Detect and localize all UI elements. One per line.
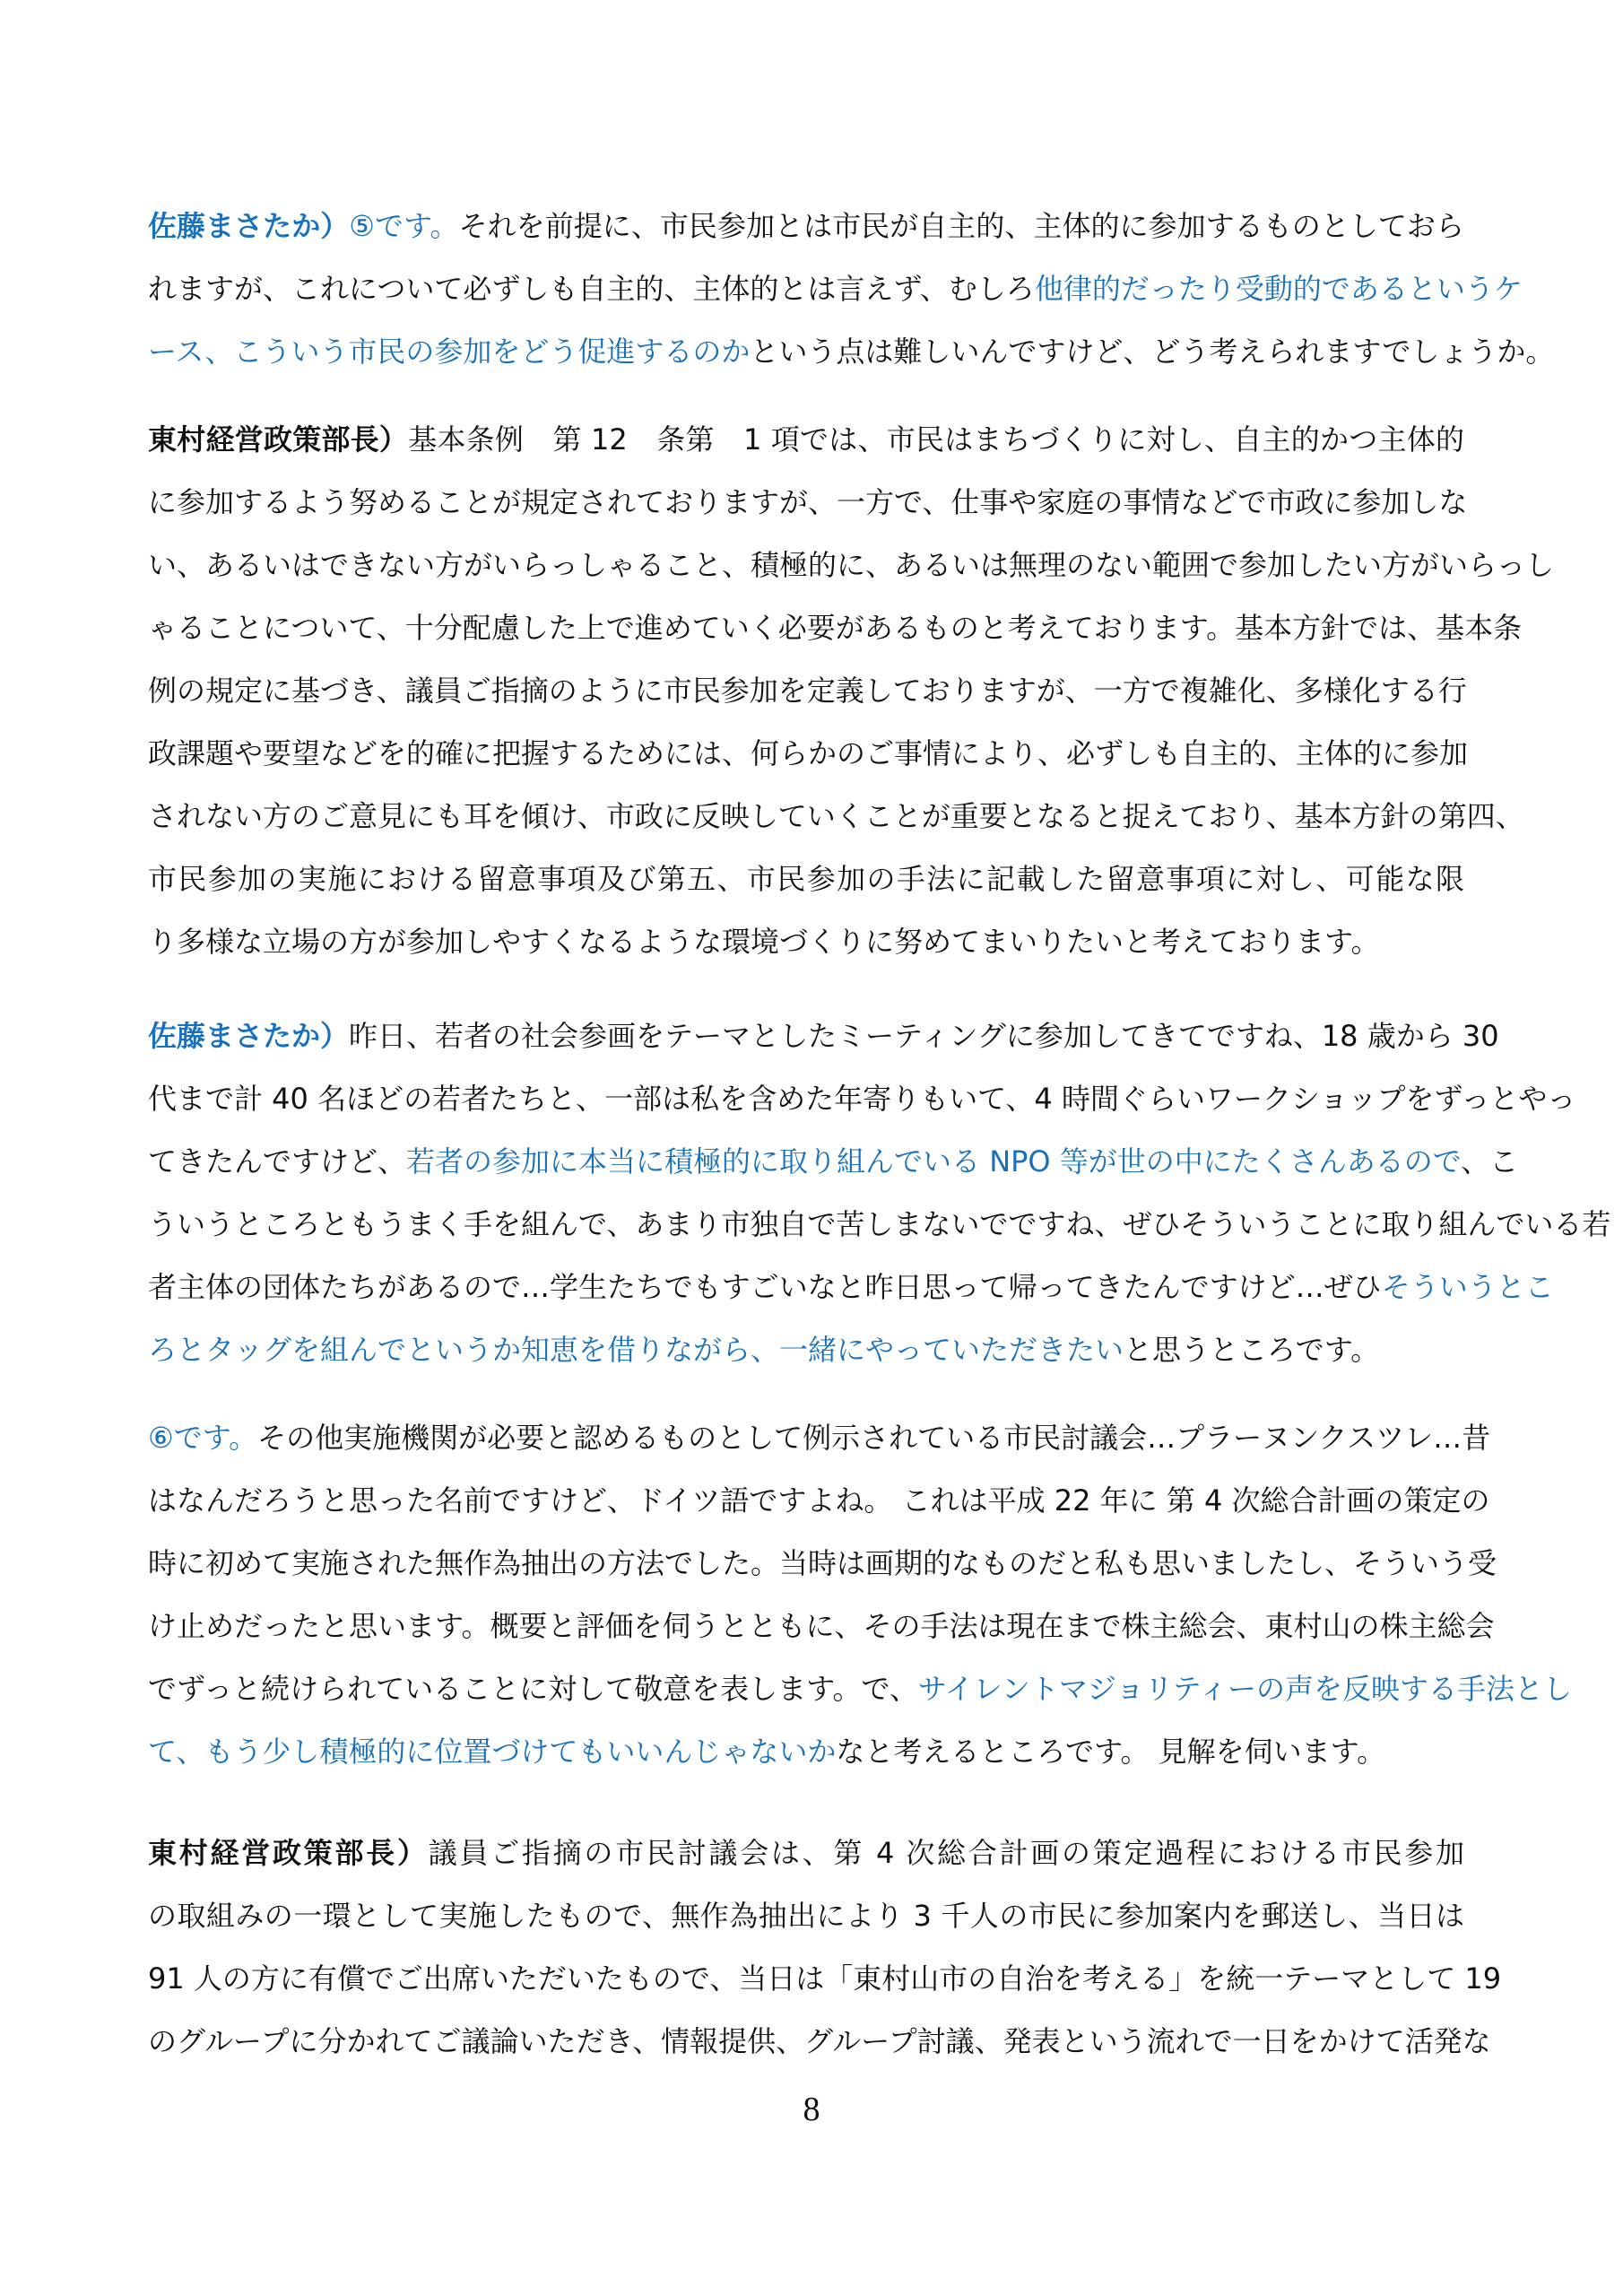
text-line: の取組みの一環として実施したもので、無作為抽出により 3 千人の市民に参加案内を… xyxy=(148,1884,1464,1947)
text-segment: 基本条例 第 12 条第 1 項では、市民はまちづくりに対し、自主的かつ主体的 xyxy=(408,422,1464,457)
highlighted-text: サイレントマジョリティーの声を反映する手法とし xyxy=(918,1672,1572,1706)
text-line: 佐藤まさたか）⑤です。それを前提に、市民参加とは市民が自主的、主体的に参加するも… xyxy=(148,195,1464,257)
text-line: のグループに分かれてご議論いただき、情報提供、グループ討議、発表という流れで一日… xyxy=(148,2010,1464,2073)
text-segment: 、こ xyxy=(1461,1144,1518,1178)
highlighted-text: そういうとこ xyxy=(1382,1270,1554,1304)
text-segment: の取組みの一環として実施したもので、無作為抽出により 3 千人の市民に参加案内を… xyxy=(148,1899,1464,1933)
text-segment: 政課題や要望などを的確に把握するためには、何らかのご事情により、必ずしも自主的、… xyxy=(148,736,1468,770)
text-line: 者主体の団体たちがあるので…学生たちでもすごいなと昨日思って帰ってきたんですけど… xyxy=(148,1256,1464,1318)
page-number: 8 xyxy=(0,2090,1623,2129)
transcript-paragraph: 東村経営政策部長）議員ご指摘の市民討議会は、第 4 次総合計画の策定過程における… xyxy=(148,1822,1464,2073)
text-segment: 91 人の方に有償でご出席いただいたもので、当日は「東村山市の自治を考える」を統… xyxy=(148,1961,1501,1996)
text-segment: い、あるいはできない方がいらっしゃること、積極的に、あるいは無理のない範囲で参加… xyxy=(148,548,1554,582)
text-segment: はなんだろうと思った名前ですけど、ドイツ語ですよね。 これは平成 22 年に 第… xyxy=(148,1483,1490,1518)
text-line: て、もう少し積極的に位置づけてもいいんじゃないかなと考えるところです。 見解を伺… xyxy=(148,1720,1464,1783)
text-line: 佐藤まさたか）昨日、若者の社会参画をテーマとしたミーティングに参加してきてですね… xyxy=(148,1004,1464,1067)
text-line: 例の規定に基づき、議員ご指摘のように市民参加を定義しておりますが、一方で複雑化、… xyxy=(148,659,1464,722)
text-segment: り多様な立場の方が参加しやすくなるような環境づくりに努めてまいりたいと考えており… xyxy=(148,925,1379,959)
text-segment: されない方のご意見にも耳を傾け、市政に反映していくことが重要となると捉えており、… xyxy=(148,799,1524,833)
highlighted-text: ⑤です。 xyxy=(349,209,458,243)
text-segment: ういうところともうまく手を組んで、あまり市独自で苦しまないでですね、ぜひそういう… xyxy=(148,1207,1610,1241)
text-segment: ゃることについて、十分配慮した上で進めていく必要があるものと考えております。基本… xyxy=(148,611,1522,645)
text-line: ース、こういう市民の参加をどう促進するのかという点は難しいんですけど、どう考えら… xyxy=(148,320,1464,383)
transcript-paragraph: 東村経営政策部長）基本条例 第 12 条第 1 項では、市民はまちづくりに対し、… xyxy=(148,408,1464,973)
text-line: れますが、これについて必ずしも自主的、主体的とは言えず、むしろ他律的だったり受動… xyxy=(148,257,1464,320)
transcript-paragraph: 佐藤まさたか）⑤です。それを前提に、市民参加とは市民が自主的、主体的に参加するも… xyxy=(148,195,1464,383)
text-line: ういうところともうまく手を組んで、あまり市独自で苦しまないでですね、ぜひそういう… xyxy=(148,1193,1464,1256)
text-line: 政課題や要望などを的確に把握するためには、何らかのご事情により、必ずしも自主的、… xyxy=(148,722,1464,785)
text-line: ゃることについて、十分配慮した上で進めていく必要があるものと考えております。基本… xyxy=(148,596,1464,659)
text-segment: その他実施機関が必要と認めるものとして例示されている市民討議会…プラーヌンクスツ… xyxy=(257,1421,1490,1455)
text-segment: れますが、これについて必ずしも自主的、主体的とは言えず、むしろ xyxy=(148,272,1035,306)
speaker-label: 佐藤まさたか） xyxy=(148,209,349,243)
text-segment: 者主体の団体たちがあるので…学生たちでもすごいなと昨日思って帰ってきたんですけど… xyxy=(148,1270,1382,1304)
transcript-paragraph: ⑥です。その他実施機関が必要と認めるものとして例示されている市民討議会…プラーヌ… xyxy=(148,1406,1464,1783)
document-page: 佐藤まさたか）⑤です。それを前提に、市民参加とは市民が自主的、主体的に参加するも… xyxy=(0,0,1623,2296)
text-segment: 代まで計 40 名ほどの若者たちと、一部は私を含めた年寄りもいて、4 時間ぐらい… xyxy=(148,1082,1575,1116)
text-segment: に参加するよう努めることが規定されておりますが、一方で、仕事や家庭の事情などで市… xyxy=(148,485,1467,519)
text-line: け止めだったと思います。概要と評価を伺うとともに、その手法は現在まで株主総会、東… xyxy=(148,1595,1464,1657)
text-line: ろとタッグを組んでというか知恵を借りながら、一緒にやっていただきたいと思うところ… xyxy=(148,1318,1464,1381)
text-line: 東村経営政策部長）議員ご指摘の市民討議会は、第 4 次総合計画の策定過程における… xyxy=(148,1822,1464,1884)
text-segment: なと考えるところです。 見解を伺います。 xyxy=(836,1735,1385,1769)
text-line: 東村経営政策部長）基本条例 第 12 条第 1 項では、市民はまちづくりに対し、… xyxy=(148,408,1464,471)
text-line: 代まで計 40 名ほどの若者たちと、一部は私を含めた年寄りもいて、4 時間ぐらい… xyxy=(148,1067,1464,1130)
text-line: い、あるいはできない方がいらっしゃること、積極的に、あるいは無理のない範囲で参加… xyxy=(148,534,1464,596)
text-line: り多様な立場の方が参加しやすくなるような環境づくりに努めてまいりたいと考えており… xyxy=(148,910,1464,973)
text-segment: け止めだったと思います。概要と評価を伺うとともに、その手法は現在まで株主総会、東… xyxy=(148,1609,1494,1643)
text-segment: と思うところです。 xyxy=(1124,1333,1379,1367)
text-segment: 議員ご指摘の市民討議会は、第 4 次総合計画の策定過程における市民参加 xyxy=(429,1836,1464,1870)
highlighted-text: ース、こういう市民の参加をどう促進するのか xyxy=(148,335,750,369)
highlighted-text: て、もう少し積極的に位置づけてもいいんじゃないか xyxy=(148,1735,836,1769)
text-segment: という点は難しいんですけど、どう考えられますでしょうか。 xyxy=(750,335,1554,369)
highlighted-text: ろとタッグを組んでというか知恵を借りながら、一緒にやっていただきたい xyxy=(148,1333,1124,1367)
speaker-label: 佐藤まさたか） xyxy=(148,1019,349,1053)
text-segment: てきたんですけど、 xyxy=(148,1144,406,1178)
text-segment: 昨日、若者の社会参画をテーマとしたミーティングに参加してきてですね、18 歳から… xyxy=(349,1019,1499,1053)
text-line: 91 人の方に有償でご出席いただいたもので、当日は「東村山市の自治を考える」を統… xyxy=(148,1947,1464,2010)
highlighted-text: 若者の参加に本当に積極的に取り組んでいる NPO 等が世の中にたくさんあるので xyxy=(406,1144,1461,1178)
text-line: 時に初めて実施された無作為抽出の方法でした。当時は画期的なものだと私も思いました… xyxy=(148,1532,1464,1595)
text-line: 市民参加の実施における留意事項及び第五、市民参加の手法に記載した留意事項に対し、… xyxy=(148,848,1464,910)
text-segment: でずっと続けられていることに対して敬意を表します。で、 xyxy=(148,1672,918,1706)
text-line: てきたんですけど、若者の参加に本当に積極的に取り組んでいる NPO 等が世の中に… xyxy=(148,1130,1464,1193)
text-line: に参加するよう努めることが規定されておりますが、一方で、仕事や家庭の事情などで市… xyxy=(148,471,1464,534)
speaker-label: 東村経営政策部長） xyxy=(148,422,408,457)
text-line: でずっと続けられていることに対して敬意を表します。で、サイレントマジョリティーの… xyxy=(148,1657,1464,1720)
text-segment: 時に初めて実施された無作為抽出の方法でした。当時は画期的なものだと私も思いました… xyxy=(148,1546,1497,1580)
text-line: はなんだろうと思った名前ですけど、ドイツ語ですよね。 これは平成 22 年に 第… xyxy=(148,1469,1464,1532)
text-segment: 市民参加の実施における留意事項及び第五、市民参加の手法に記載した留意事項に対し、… xyxy=(148,862,1464,896)
text-line: ⑥です。その他実施機関が必要と認めるものとして例示されている市民討議会…プラーヌ… xyxy=(148,1406,1464,1469)
text-segment: 例の規定に基づき、議員ご指摘のように市民参加を定義しておりますが、一方で複雑化、… xyxy=(148,674,1467,708)
text-line: されない方のご意見にも耳を傾け、市政に反映していくことが重要となると捉えており、… xyxy=(148,785,1464,848)
text-segment: のグループに分かれてご議論いただき、情報提供、グループ討議、発表という流れで一日… xyxy=(148,2024,1491,2058)
transcript-paragraph: 佐藤まさたか）昨日、若者の社会参画をテーマとしたミーティングに参加してきてですね… xyxy=(148,1004,1464,1381)
highlighted-text: ⑥です。 xyxy=(148,1421,257,1455)
highlighted-text: 他律的だったり受動的であるというケ xyxy=(1035,272,1523,306)
text-segment: それを前提に、市民参加とは市民が自主的、主体的に参加するものとしておら xyxy=(459,209,1464,243)
speaker-label: 東村経営政策部長） xyxy=(148,1836,429,1870)
